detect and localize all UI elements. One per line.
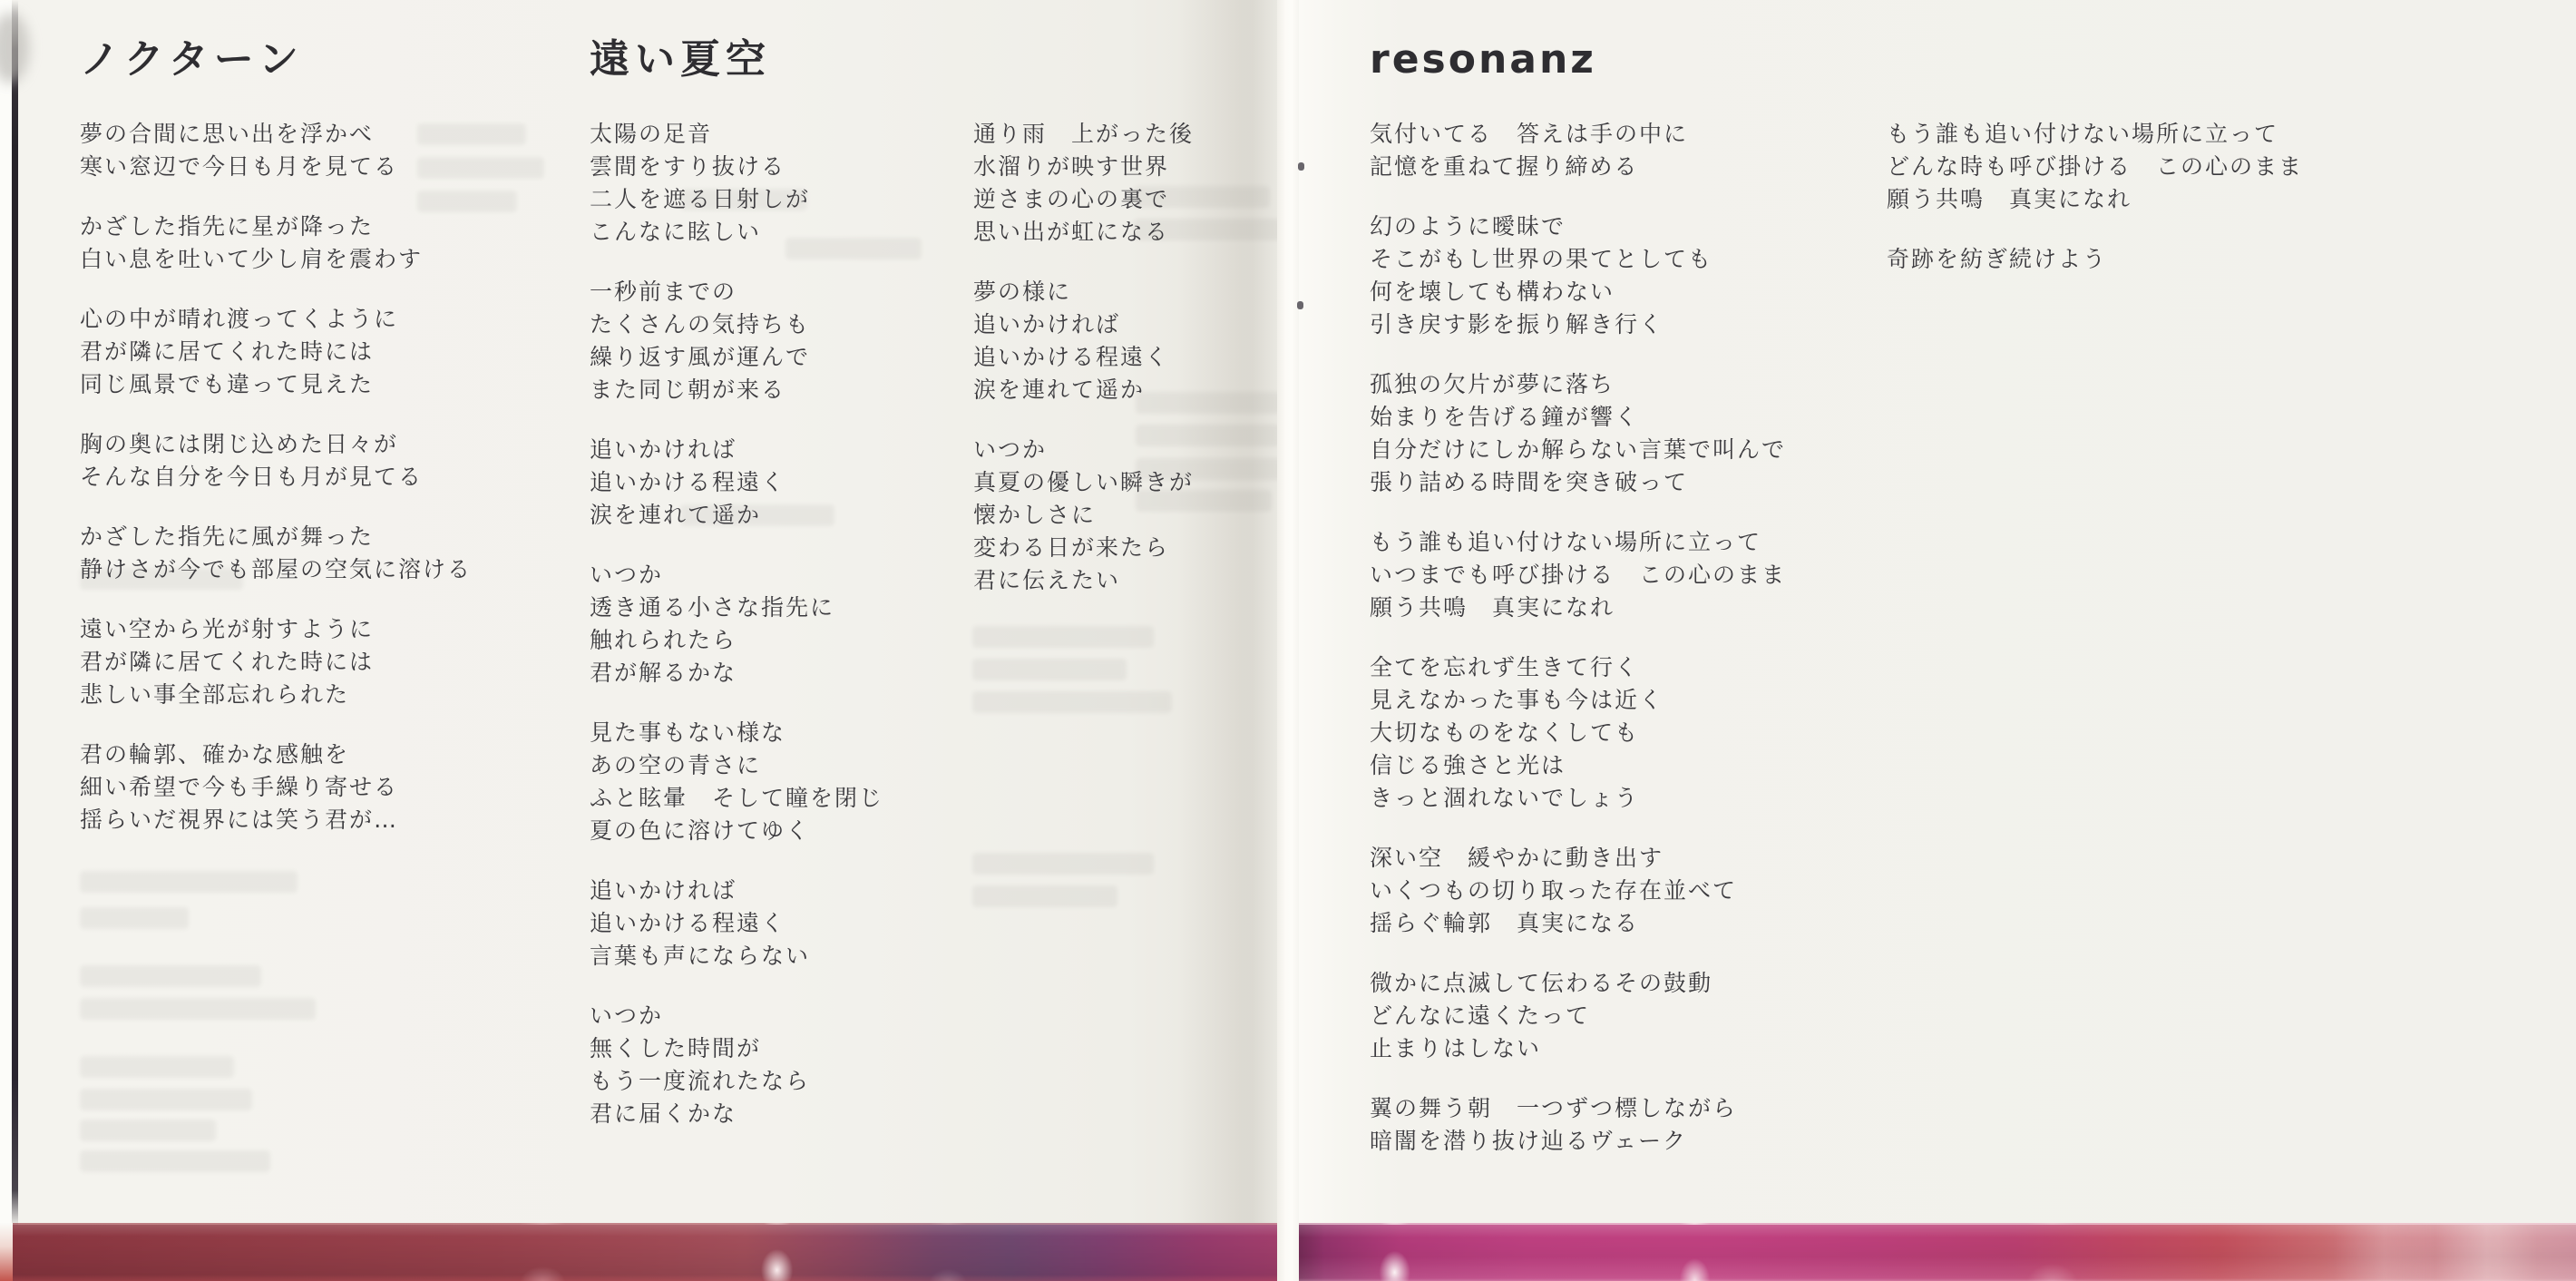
column-resonanz-b: もう誰も追い付けない場所に立ってどんな時も呼び掛ける この心のまま願う共鳴 真実… xyxy=(1887,36,2303,303)
lyric-line: かざした指先に星が降った xyxy=(80,210,472,243)
lyric-line: 張り詰める時間を突き破って xyxy=(1370,466,1786,499)
lyric-line: 一秒前までの xyxy=(590,276,883,308)
lyric-line: 遠い空から光が射すように xyxy=(80,613,472,646)
lyric-line: 静けさが今でも部屋の空気に溶ける xyxy=(80,553,472,586)
lyric-line: 大切なものをなくしても xyxy=(1370,717,1786,749)
lyric-line: 透き通る小さな指先に xyxy=(590,592,883,624)
stanza: 幻のように曖昧でそこがもし世界の果てとしても何を壊しても構わない引き戻す影を振り… xyxy=(1370,210,1786,341)
lyric-line: 雲間をすり抜ける xyxy=(590,151,883,183)
show-through-ghost xyxy=(80,998,316,1020)
lyric-line: 同じ風景でも違って見えた xyxy=(80,368,472,401)
column-tooi-natsuzora-a: 遠い夏空 太陽の足音雲間をすり抜ける二人を遮る日射しがこんなに眩しい一秒前までの… xyxy=(590,36,883,1158)
lyric-line: 記憶を重ねて握り締める xyxy=(1370,151,1786,183)
stanza: いつか無くした時間がもう一度流れたなら君に届くかな xyxy=(590,1000,883,1130)
lyric-line: 暗闇を潜り抜け辿るヴェーク xyxy=(1370,1125,1786,1158)
show-through-ghost xyxy=(80,907,189,929)
lyric-line: 始まりを告げる鐘が響く xyxy=(1370,401,1786,434)
lyric-line: 胸の奥には閉じ込めた日々が xyxy=(80,428,472,461)
lyric-line: 思い出が虹になる xyxy=(973,216,1194,249)
photo-strip-left xyxy=(11,1223,1277,1281)
stanza: 君の輪郭、確かな感触を細い希望で今も手繰り寄せる揺らいだ視界には笑う君が… xyxy=(80,738,472,836)
lyric-line: 追いかければ xyxy=(590,434,883,466)
show-through-ghost xyxy=(80,1120,216,1141)
lyrics-resonanz-b: もう誰も追い付けない場所に立ってどんな時も呼び掛ける この心のまま願う共鳴 真実… xyxy=(1887,36,2303,276)
stanza: 胸の奥には閉じ込めた日々がそんな自分を今日も月が見てる xyxy=(80,428,472,494)
stanza: もう誰も追い付けない場所に立っていつまでも呼び掛ける この心のまま願う共鳴 真実… xyxy=(1370,526,1786,624)
lyric-line: 何を壊しても構わない xyxy=(1370,276,1786,308)
scan-edge-shadow-line xyxy=(12,0,18,1227)
lyric-line: 夏の色に溶けてゆく xyxy=(590,815,883,847)
lyric-line: 太陽の足音 xyxy=(590,118,883,151)
strip-left-edge-artifact xyxy=(0,1223,13,1281)
show-through-ghost xyxy=(972,853,1154,875)
lyric-line: いくつもの切り取った存在並べて xyxy=(1370,875,1786,907)
lyrics-nocturne: 夢の合間に思い出を浮かべ寒い窓辺で今日も月を見てるかざした指先に星が降った白い息… xyxy=(80,118,472,836)
stanza: かざした指先に風が舞った静けさが今でも部屋の空気に溶ける xyxy=(80,521,472,586)
lyric-line: たくさんの気持ちも xyxy=(590,308,883,341)
lyric-line: いつか xyxy=(973,434,1194,466)
stanza: 見た事もない様なあの空の青さにふと眩暈 そして瞳を閉じ夏の色に溶けてゆく xyxy=(590,717,883,847)
stanza: 一秒前までのたくさんの気持ちも繰り返す風が運んでまた同じ朝が来る xyxy=(590,276,883,406)
lyric-line: 微かに点滅して伝わるその鼓動 xyxy=(1370,967,1786,1000)
lyric-line: あの空の青さに xyxy=(590,749,883,782)
lyric-line: 君の輪郭、確かな感触を xyxy=(80,738,472,771)
column-tooi-natsuzora-b: 通り雨 上がった後水溜りが映す世界逆さまの心の裏で思い出が虹になる夢の様に追いか… xyxy=(973,36,1194,624)
lyric-line: かざした指先に風が舞った xyxy=(80,521,472,553)
lyric-line: 涙を連れて遥か xyxy=(973,374,1194,406)
lyric-line: 見えなかった事も今は近く xyxy=(1370,684,1786,717)
stanza: もう誰も追い付けない場所に立ってどんな時も呼び掛ける この心のまま願う共鳴 真実… xyxy=(1887,118,2303,216)
lyric-line: 君に伝えたい xyxy=(973,564,1194,597)
song-title-resonanz: resonanz xyxy=(1370,36,1786,83)
lyric-line: 君に届くかな xyxy=(590,1098,883,1130)
lyric-line: 揺らいだ視界には笑う君が… xyxy=(80,804,472,836)
lyric-line: 幻のように曖昧で xyxy=(1370,210,1786,243)
stanza: 奇跡を紡ぎ続けよう xyxy=(1887,243,2303,276)
stanza: 翼の舞う朝 一つずつ標しながら暗闇を潜り抜け辿るヴェーク xyxy=(1370,1092,1786,1158)
column-resonanz-a: resonanz 気付いてる 答えは手の中に記憶を重ねて握り締める幻のように曖昧… xyxy=(1370,36,1786,1185)
lyric-line: 全てを忘れず生きて行く xyxy=(1370,651,1786,684)
lyric-line: 水溜りが映す世界 xyxy=(973,151,1194,183)
lyric-line: 見た事もない様な xyxy=(590,717,883,749)
song-title-tooi-natsuzora: 遠い夏空 xyxy=(590,36,883,83)
lyrics-tooi-natsuzora-a: 太陽の足音雲間をすり抜ける二人を遮る日射しがこんなに眩しい一秒前までのたくさんの… xyxy=(590,118,883,1130)
lyric-line: 引き戻す影を振り解き行く xyxy=(1370,308,1786,341)
lyric-line: 君が隣に居てくれた時には xyxy=(80,336,472,368)
stanza: 微かに点滅して伝わるその鼓動どんなに遠くたって止まりはしない xyxy=(1370,967,1786,1065)
show-through-ghost xyxy=(80,1150,270,1172)
lyric-line: 追いかける程遠く xyxy=(590,907,883,940)
lyric-line: 変わる日が来たら xyxy=(973,532,1194,564)
stanza: 全てを忘れず生きて行く見えなかった事も今は近く大切なものをなくしても信じる強さと… xyxy=(1370,651,1786,815)
stanza: 通り雨 上がった後水溜りが映す世界逆さまの心の裏で思い出が虹になる xyxy=(973,118,1194,249)
stanza: 遠い空から光が射すように君が隣に居てくれた時には悲しい事全部忘れられた xyxy=(80,613,472,711)
lyric-line: 真夏の優しい瞬きが xyxy=(973,466,1194,499)
show-through-ghost xyxy=(972,885,1117,907)
lyric-line: どんなに遠くたって xyxy=(1370,1000,1786,1032)
lyric-line: 夢の合間に思い出を浮かべ xyxy=(80,118,472,151)
stanza: 追いかければ追いかける程遠く涙を連れて遥か xyxy=(590,434,883,532)
lyric-line: 繰り返す風が運んで xyxy=(590,341,883,374)
lyric-line: 懐かしさに xyxy=(973,499,1194,532)
staple-mark xyxy=(1297,301,1303,309)
lyric-line: 無くした時間が xyxy=(590,1032,883,1065)
photo-strip-right xyxy=(1299,1223,2576,1281)
lyric-line: 信じる強さと光は xyxy=(1370,749,1786,782)
booklet-page-right: resonanz 気付いてる 答えは手の中に記憶を重ねて握り締める幻のように曖昧… xyxy=(1299,0,2576,1281)
lyric-line: また同じ朝が来る xyxy=(590,374,883,406)
lyric-line: 寒い窓辺で今日も月を見てる xyxy=(80,151,472,183)
lyric-line: 追いかける程遠く xyxy=(973,341,1194,374)
lyric-line: 気付いてる 答えは手の中に xyxy=(1370,118,1786,151)
lyric-line: 深い空 緩やかに動き出す xyxy=(1370,842,1786,875)
stanza: かざした指先に星が降った白い息を吐いて少し肩を震わす xyxy=(80,210,472,276)
lyric-line: こんなに眩しい xyxy=(590,216,883,249)
lyric-line: どんな時も呼び掛ける この心のまま xyxy=(1887,151,2303,183)
lyric-line: もう誰も追い付けない場所に立って xyxy=(1887,118,2303,151)
lyric-line: 自分だけにしか解らない言葉で叫んで xyxy=(1370,434,1786,466)
lyric-line: 心の中が晴れ渡ってくように xyxy=(80,303,472,336)
lyric-line: 言葉も声にならない xyxy=(590,940,883,973)
lyric-line: 止まりはしない xyxy=(1370,1032,1786,1065)
lyric-line: 願う共鳴 真実になれ xyxy=(1887,183,2303,216)
lyric-line: 孤独の欠片が夢に落ち xyxy=(1370,368,1786,401)
lyric-line: もう誰も追い付けない場所に立って xyxy=(1370,526,1786,559)
lyric-line: 通り雨 上がった後 xyxy=(973,118,1194,151)
lyric-line: 奇跡を紡ぎ続けよう xyxy=(1887,243,2303,276)
lyric-line: 白い息を吐いて少し肩を震わす xyxy=(80,243,472,276)
stanza: いつか真夏の優しい瞬きが懐かしさに変わる日が来たら君に伝えたい xyxy=(973,434,1194,597)
stanza: いつか透き通る小さな指先に触れられたら君が解るかな xyxy=(590,559,883,689)
lyric-line: 二人を遮る日射しが xyxy=(590,183,883,216)
lyric-line: 追いかければ xyxy=(590,875,883,907)
stanza: 太陽の足音雲間をすり抜ける二人を遮る日射しがこんなに眩しい xyxy=(590,118,883,249)
show-through-ghost xyxy=(80,1056,234,1078)
show-through-ghost xyxy=(80,871,298,893)
lyric-line: そこがもし世界の果てとしても xyxy=(1370,243,1786,276)
lyric-line: 翼の舞う朝 一つずつ標しながら xyxy=(1370,1092,1786,1125)
lyric-line: 触れられたら xyxy=(590,624,883,657)
stanza: 深い空 緩やかに動き出すいくつもの切り取った存在並べて揺らぐ輪郭 真実になる xyxy=(1370,842,1786,940)
stanza: 追いかければ追いかける程遠く言葉も声にならない xyxy=(590,875,883,973)
lyrics-tooi-natsuzora-b: 通り雨 上がった後水溜りが映す世界逆さまの心の裏で思い出が虹になる夢の様に追いか… xyxy=(973,36,1194,597)
column-nocturne: ノクターン 夢の合間に思い出を浮かべ寒い窓辺で今日も月を見てるかざした指先に星が… xyxy=(80,36,472,864)
song-title-nocturne: ノクターン xyxy=(80,36,472,83)
staple-mark xyxy=(1298,162,1304,171)
lyric-line: 君が解るかな xyxy=(590,657,883,689)
lyrics-resonanz-a: 気付いてる 答えは手の中に記憶を重ねて握り締める幻のように曖昧でそこがもし世界の… xyxy=(1370,118,1786,1158)
lyric-line: ふと眩暈 そして瞳を閉じ xyxy=(590,782,883,815)
lyric-line: 君が隣に居てくれた時には xyxy=(80,646,472,679)
show-through-ghost xyxy=(972,691,1172,713)
show-through-ghost xyxy=(80,965,261,987)
lyric-line: いつまでも呼び掛ける この心のまま xyxy=(1370,559,1786,592)
show-through-ghost xyxy=(972,626,1154,648)
stanza: 夢の様に追いかければ追いかける程遠く涙を連れて遥か xyxy=(973,276,1194,406)
lyric-line: 涙を連れて遥か xyxy=(590,499,883,532)
stanza: 気付いてる 答えは手の中に記憶を重ねて握り締める xyxy=(1370,118,1786,183)
stanza: 夢の合間に思い出を浮かべ寒い窓辺で今日も月を見てる xyxy=(80,118,472,183)
lyric-line: いつか xyxy=(590,1000,883,1032)
lyrics-booklet-spread: ノクターン 夢の合間に思い出を浮かべ寒い窓辺で今日も月を見てるかざした指先に星が… xyxy=(0,0,2576,1281)
lyric-line: もう一度流れたなら xyxy=(590,1065,883,1098)
lyric-line: 願う共鳴 真実になれ xyxy=(1370,592,1786,624)
lyric-line: 追いかける程遠く xyxy=(590,466,883,499)
lyric-line: 悲しい事全部忘れられた xyxy=(80,679,472,711)
show-through-ghost xyxy=(972,659,1127,680)
lyric-line: 逆さまの心の裏で xyxy=(973,183,1194,216)
stanza: 心の中が晴れ渡ってくように君が隣に居てくれた時には同じ風景でも違って見えた xyxy=(80,303,472,401)
lyric-line: いつか xyxy=(590,559,883,592)
lyric-line: 細い希望で今も手繰り寄せる xyxy=(80,771,472,804)
booklet-page-left: ノクターン 夢の合間に思い出を浮かべ寒い窓辺で今日も月を見てるかざした指先に星が… xyxy=(11,0,1277,1281)
lyric-line: そんな自分を今日も月が見てる xyxy=(80,461,472,494)
scan-edge-margin xyxy=(0,0,12,1281)
lyric-line: 夢の様に xyxy=(973,276,1194,308)
show-through-ghost xyxy=(80,1089,252,1110)
stanza: 孤独の欠片が夢に落ち始まりを告げる鐘が響く自分だけにしか解らない言葉で叫んで張り… xyxy=(1370,368,1786,499)
lyric-line: 揺らぐ輪郭 真実になる xyxy=(1370,907,1786,940)
lyric-line: 追いかければ xyxy=(973,308,1194,341)
lyric-line: きっと涸れないでしょう xyxy=(1370,782,1786,815)
booklet-center-seam xyxy=(1277,0,1299,1281)
